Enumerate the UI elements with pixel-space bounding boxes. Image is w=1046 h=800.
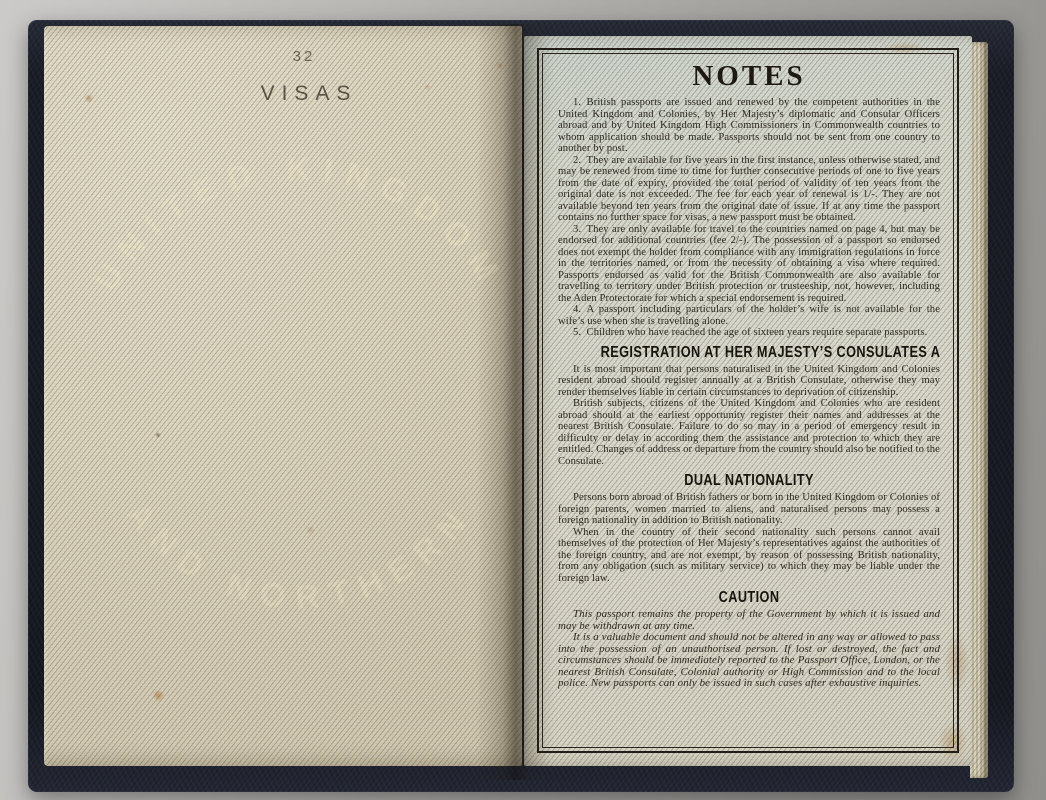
passport-book: UNITED KINGDOM AND NORTHERN 32 VISAS NOT… — [28, 20, 1014, 792]
dual-nationality-paragraph-2: When in the country of their second nati… — [558, 527, 940, 585]
dual-nationality-paragraph-1: Persons born abroad of British fathers o… — [558, 492, 940, 527]
registration-heading-text: REGISTRATION AT HER MAJESTY’S CONSULATES… — [601, 344, 940, 361]
notes-page: NOTES 1. British passports are issued an… — [524, 36, 972, 766]
page-border-outer: NOTES 1. British passports are issued an… — [537, 48, 959, 753]
note-paragraph-2: 2. They are available for five years in … — [558, 155, 940, 224]
visas-page-title: VISAS — [44, 82, 522, 106]
page-border-inner: NOTES 1. British passports are issued an… — [542, 53, 954, 748]
page-stack-edge — [970, 42, 988, 778]
dual-nationality-heading: DUAL NATIONALITY — [558, 472, 940, 489]
registration-heading: REGISTRATION AT HER MAJESTY’S CONSULATES… — [558, 344, 940, 361]
foxing-stain — [152, 690, 165, 701]
registration-paragraph-1: It is most important that persons natura… — [558, 364, 940, 399]
caution-paragraph-1: This passport remains the property of th… — [558, 609, 940, 632]
registration-paragraph-2: British subjects, citizens of the United… — [558, 398, 940, 467]
note-paragraph-5: 5. Children who have reached the age of … — [558, 327, 940, 339]
caution-paragraph-2: It is a valuable document and should not… — [558, 632, 940, 690]
coat-of-arms-watermark: UNITED KINGDOM AND NORTHERN — [50, 110, 550, 670]
notes-title: NOTES — [558, 61, 940, 91]
note-paragraph-4: 4. A passport including particulars of t… — [558, 304, 940, 327]
watermark-arc-bottom-text: AND NORTHERN — [120, 496, 480, 616]
note-paragraph-3: 3. They are only available for travel to… — [558, 224, 940, 305]
note-paragraph-1: 1. British passports are issued and rene… — [558, 97, 940, 155]
caution-heading-text: CAUTION — [719, 589, 780, 606]
caution-heading: CAUTION — [558, 589, 940, 606]
page-number: 32 — [44, 48, 522, 65]
visas-page: UNITED KINGDOM AND NORTHERN 32 VISAS — [44, 26, 522, 766]
watermark-arc-top-text: UNITED KINGDOM — [87, 150, 512, 297]
notes-content: NOTES 1. British passports are issued an… — [558, 59, 940, 744]
dual-nationality-heading-text: DUAL NATIONALITY — [684, 472, 814, 489]
